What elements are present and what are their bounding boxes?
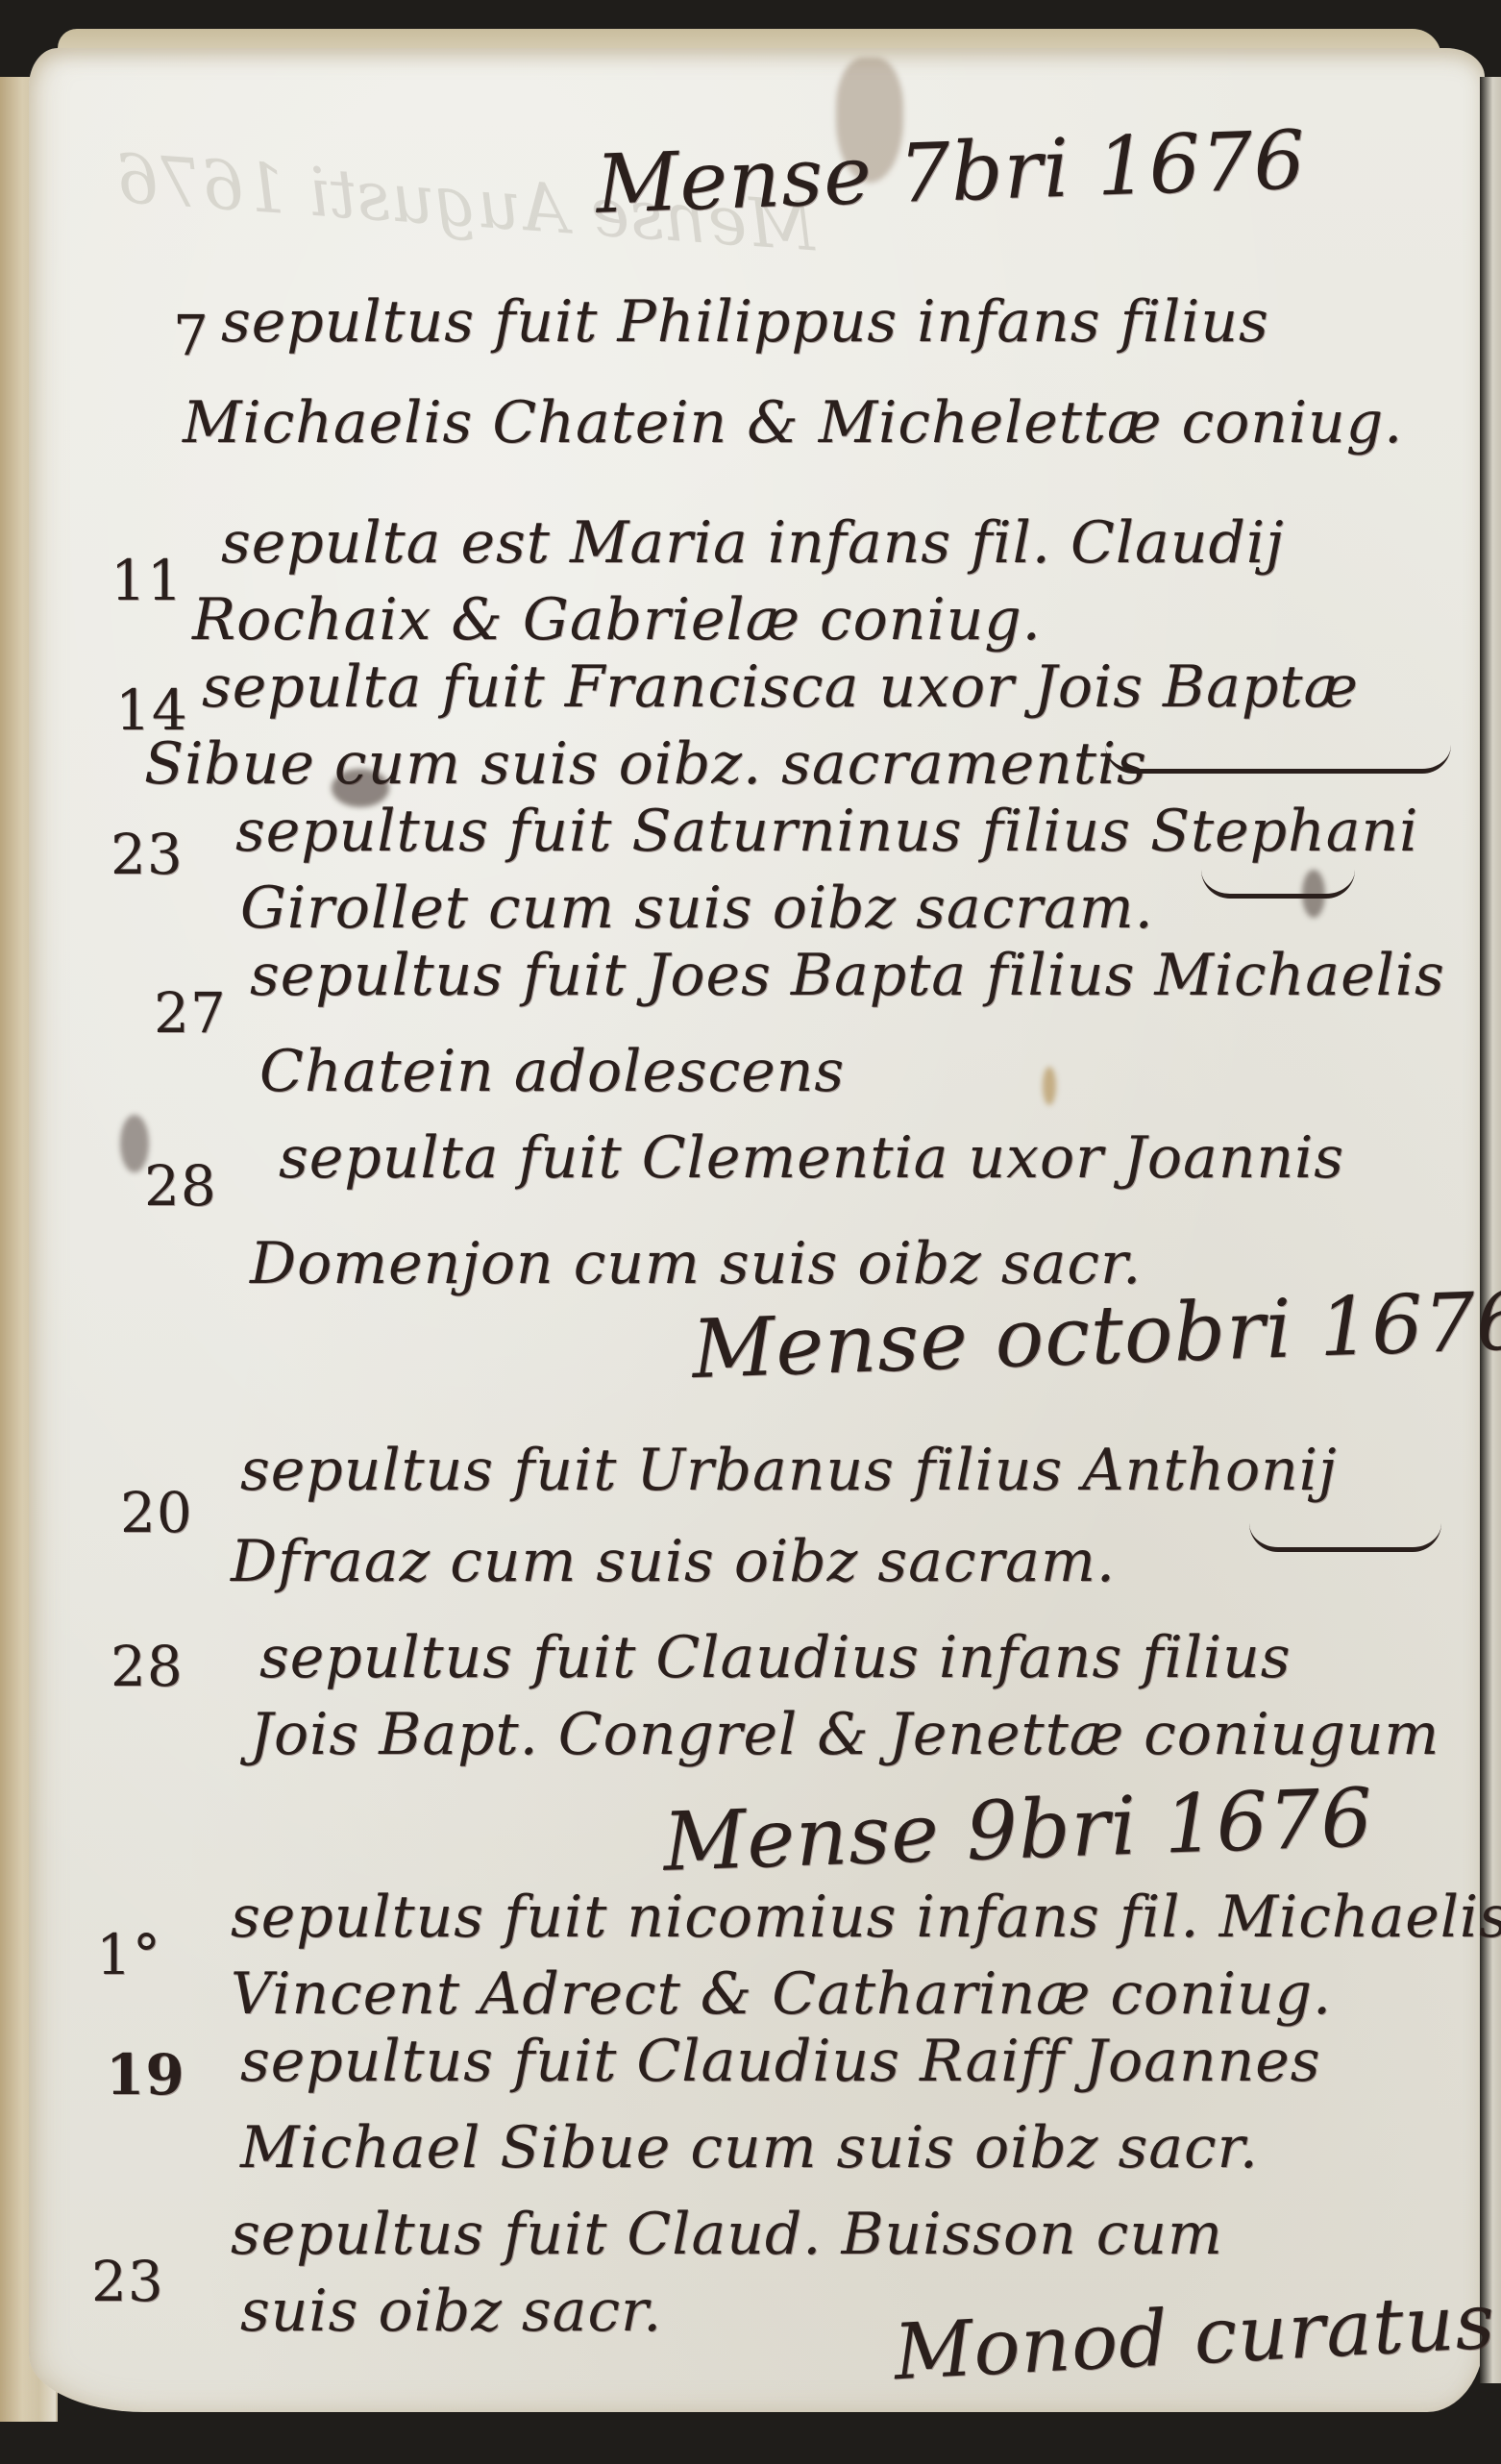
entry-line: sepulta fuit Clementia uxor Joannis [279,1124,1344,1192]
entry-day: 19 [106,2042,185,2107]
entry-line: sepultus fuit Claud. Buisson cum [231,2201,1223,2268]
entry-line: Rochaix & Gabrielæ coniug. [192,586,1042,653]
entry-day: 23 [91,2249,164,2314]
entry-line: sepultus fuit Joes Bapta filius Michaeli… [250,942,1445,1009]
entry-line: sepulta est Maria infans fil. Claudij [221,509,1285,577]
page-gutter [1480,77,1501,2383]
entry-day: 1° [96,1922,161,1987]
entry-day: 23 [111,822,184,887]
flourish [1201,870,1355,899]
entry-line: sepultus fuit Claudius infans filius [259,1624,1292,1691]
entry-day: 7 [173,303,209,368]
entry-line: sepultus fuit Saturninus filius Stephani [235,798,1418,865]
entry-line: Jois Bapt. Congrel & Jenettæ coniugum [250,1701,1439,1768]
entry-day: 27 [154,980,227,1046]
entry-line: Dfraaz cum suis oibz sacram. [231,1528,1116,1595]
entry-line: Vincent Adrect & Catharinæ coniug. [231,1960,1332,2028]
entry-line: suis oibz sacr. [240,2278,662,2345]
entry-line: sepultus fuit Claudius Raiff Joannes [240,2028,1321,2095]
entry-line: Sibue cum suis oibz. sacramentis [144,730,1147,798]
entry-line: sepulta fuit Francisca uxor Jois Baptæ [202,653,1359,721]
entry-line: Michael Sibue cum suis oibz sacr. [240,2114,1259,2181]
flourish [1249,1523,1441,1552]
entry-day: 20 [120,1480,193,1545]
entry-day: 28 [144,1153,217,1219]
entry-day: 11 [111,548,184,613]
entry-line: Girollet cum suis oibz sacram. [240,875,1154,942]
entry-line: Chatein adolescens [259,1038,845,1105]
entry-day: 28 [111,1634,184,1699]
entry-line: sepultus fuit Urbanus filius Anthonij [240,1437,1338,1504]
ink-stain [1043,1067,1056,1105]
flourish [1105,745,1451,774]
entry-line: sepultus fuit nicomius infans fil. Micha… [231,1884,1501,1951]
entry-line: Michaelis Chatein & Michelettæ coniug. [183,389,1403,456]
entry-line: Domenjon cum suis oibz sacr. [250,1230,1142,1297]
entry-line: sepultus fuit Philippus infans filius [221,288,1269,356]
